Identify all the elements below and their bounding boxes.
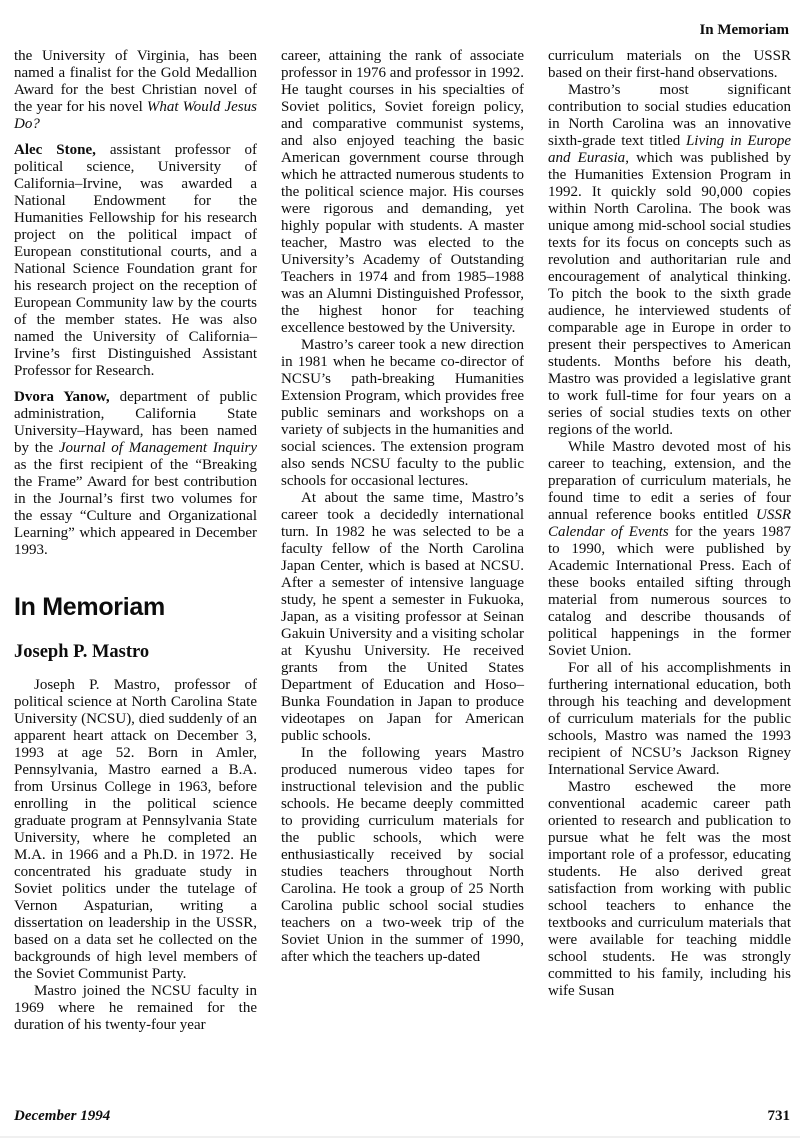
page-number: 731 (768, 1108, 791, 1125)
journal-title: Journal of Management Inquiry (59, 440, 257, 456)
obituary-paragraph-6-text-b: , which was published by the Humanities … (548, 150, 791, 438)
obituary-paragraph-5-continued: curriculum materials on the USSR based o… (548, 48, 791, 82)
journal-page: In Memoriam the University of Virginia, … (0, 0, 800, 1138)
news-item-1: the University of Virginia, has been nam… (14, 48, 257, 133)
news-item-3: Dvora Yanow, department of public admini… (14, 389, 257, 559)
person-name-dvora-yanow: Dvora Yanow, (14, 389, 110, 405)
obituary-paragraph-4: At about the same time, Mastro’s career … (281, 490, 524, 745)
obituary-paragraph-5: In the following years Mastro produced n… (281, 745, 524, 966)
issue-date: December 1994 (14, 1108, 110, 1125)
obituary-subject-heading: Joseph P. Mastro (14, 642, 257, 663)
obituary-paragraph-6: Mastro’s most significant contribution t… (548, 82, 791, 439)
running-head: In Memoriam (699, 22, 789, 39)
obituary-paragraph-2-continued: career, attaining the rank of associate … (281, 48, 524, 337)
news-item-2-text: assistant professor of political science… (14, 142, 257, 379)
column-1: the University of Virginia, has been nam… (14, 48, 257, 1034)
column-2: career, attaining the rank of associate … (281, 48, 524, 1034)
column-3: curriculum materials on the USSR based o… (548, 48, 791, 1034)
obituary-paragraph-7: While Mastro devoted most of his career … (548, 439, 791, 660)
obituary-paragraph-1: Joseph P. Mastro, professor of political… (14, 677, 257, 983)
section-heading: In Memoriam (14, 593, 257, 622)
obituary-paragraph-7-text-a: While Mastro devoted most of his career … (548, 439, 791, 523)
obituary-paragraph-9: Mastro eschewed the more conventional ac… (548, 779, 791, 1000)
news-item-2: Alec Stone, assistant professor of polit… (14, 142, 257, 380)
obituary-paragraph-3: Mastro’s career took a new direction in … (281, 337, 524, 490)
text-columns: the University of Virginia, has been nam… (14, 48, 791, 1034)
obituary-paragraph-8: For all of his accomplishments in furthe… (548, 660, 791, 779)
news-item-3-text-b: as the first recipient of the “Breaking … (14, 457, 257, 558)
page-footer: December 1994 731 (14, 1108, 790, 1125)
obituary-paragraph-7-text-b: for the years 1987 to 1990, which were p… (548, 524, 791, 659)
person-name-alec-stone: Alec Stone, (14, 142, 96, 158)
obituary-paragraph-2: Mastro joined the NCSU faculty in 1969 w… (14, 983, 257, 1034)
